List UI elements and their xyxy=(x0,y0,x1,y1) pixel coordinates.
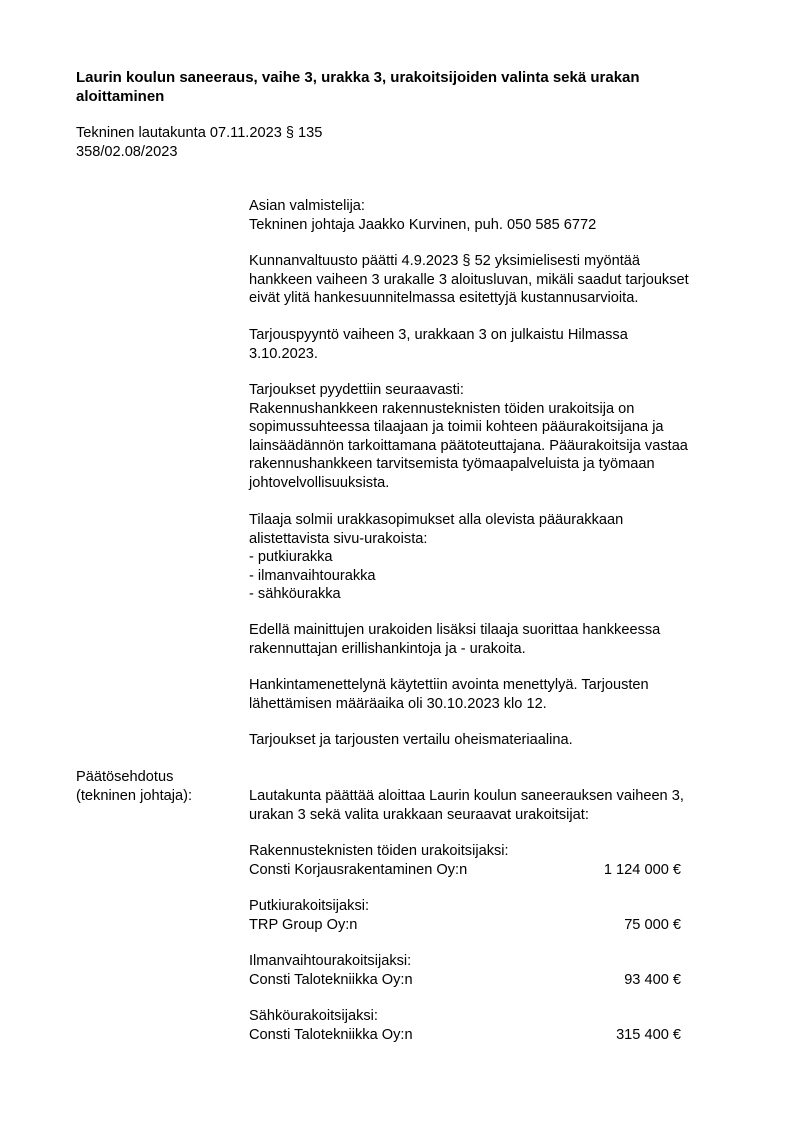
text-line: Rakennushankkeen rakennusteknisten töide… xyxy=(249,400,739,419)
text-line: Lautakunta päättää aloittaa Laurin koulu… xyxy=(249,787,739,806)
contractor-role: Putkiurakoitsijaksi: xyxy=(249,897,739,916)
paragraph-tender-scope: Tarjoukset pyydettiin seuraavasti: Raken… xyxy=(249,381,739,492)
contractor-amount: 93 400 € xyxy=(624,971,681,990)
text-line: Edellä mainittujen urakoiden lisäksi til… xyxy=(249,621,739,640)
contractor-company: Consti Korjausrakentaminen Oy:n xyxy=(249,861,467,880)
text-line: Tarjoukset ja tarjousten vertailu oheism… xyxy=(249,731,739,750)
paragraph-sub-contracts: Tilaaja solmii urakkasopimukset alla ole… xyxy=(249,511,739,604)
contractor-role: Rakennusteknisten töiden urakoitsijaksi: xyxy=(249,842,739,861)
text-line: lainsäädännön tarkoittamana päätoteuttaj… xyxy=(249,437,739,456)
text-line: lähettämisen määräaika oli 30.10.2023 kl… xyxy=(249,695,739,714)
paragraph-additional-procurement: Edellä mainittujen urakoiden lisäksi til… xyxy=(249,621,739,658)
paragraph-council-decision: Kunnanvaltuusto päätti 4.9.2023 § 52 yks… xyxy=(249,252,739,308)
contractor-company: TRP Group Oy:n xyxy=(249,916,357,935)
text-line: alistettavista sivu-urakoista: xyxy=(249,530,739,549)
meeting-meta: Tekninen lautakunta 07.11.2023 § 135 358… xyxy=(76,124,322,162)
proposal-label-line1: Päätösehdotus xyxy=(76,768,192,787)
contractor-row: TRP Group Oy:n 75 000 € xyxy=(249,916,681,935)
text-line: Tarjoukset pyydettiin seuraavasti: xyxy=(249,381,739,400)
contractor-block: Rakennusteknisten töiden urakoitsijaksi:… xyxy=(249,842,739,879)
paragraph-tender-request: Tarjouspyyntö vaiheen 3, urakkaan 3 on j… xyxy=(249,326,739,363)
list-item: - ilmanvaihtourakka xyxy=(249,567,739,586)
contractor-role: Ilmanvaihtourakoitsijaksi: xyxy=(249,952,739,971)
preparer-label: Asian valmistelija: xyxy=(249,197,739,216)
proposal-label: Päätösehdotus (tekninen johtaja): xyxy=(76,768,192,805)
proposal-label-line2: (tekninen johtaja): xyxy=(76,787,192,806)
contractor-company: Consti Talotekniikka Oy:n xyxy=(249,1026,413,1045)
text-line: Kunnanvaltuusto päätti 4.9.2023 § 52 yks… xyxy=(249,252,739,271)
contractor-block: Ilmanvaihtourakoitsijaksi: Consti Talote… xyxy=(249,952,739,989)
contractor-row: Consti Talotekniikka Oy:n 93 400 € xyxy=(249,971,681,990)
contractor-role: Sähköurakoitsijaksi: xyxy=(249,1007,739,1026)
proposal-intro: Lautakunta päättää aloittaa Laurin koulu… xyxy=(249,787,739,824)
contractor-row: Consti Korjausrakentaminen Oy:n 1 124 00… xyxy=(249,861,681,880)
preparer-name: Tekninen johtaja Jaakko Kurvinen, puh. 0… xyxy=(249,216,739,235)
text-line: Hankintamenettelynä käytettiin avointa m… xyxy=(249,676,739,695)
paragraph-procedure: Hankintamenettelynä käytettiin avointa m… xyxy=(249,676,739,713)
text-line: urakan 3 sekä valita urakkaan seuraavat … xyxy=(249,806,739,825)
preparer-block: Asian valmistelija: Tekninen johtaja Jaa… xyxy=(249,197,739,234)
text-line: johtovelvollisuuksista. xyxy=(249,474,739,493)
text-line: eivät ylitä hankesuunnitelmassa esitetty… xyxy=(249,289,739,308)
contractor-block: Putkiurakoitsijaksi: TRP Group Oy:n 75 0… xyxy=(249,897,739,934)
contractor-block: Sähköurakoitsijaksi: Consti Talotekniikk… xyxy=(249,1007,739,1044)
text-line: 3.10.2023. xyxy=(249,345,739,364)
list-item: - putkiurakka xyxy=(249,548,739,567)
paragraph-attachments: Tarjoukset ja tarjousten vertailu oheism… xyxy=(249,731,739,750)
text-line: rakennushankkeen tarvitsemista työmaapal… xyxy=(249,455,739,474)
document-page: Laurin koulun saneeraus, vaihe 3, urakka… xyxy=(0,0,794,1122)
text-line: hankkeen vaiheen 3 urakalle 3 aloitusluv… xyxy=(249,271,739,290)
text-line: sopimussuhteessa tilaajaan ja toimii koh… xyxy=(249,418,739,437)
reference-number: 358/02.08/2023 xyxy=(76,143,322,162)
text-line: rakennuttajan erillishankintoja ja - ura… xyxy=(249,640,739,659)
text-line: Tarjouspyyntö vaiheen 3, urakkaan 3 on j… xyxy=(249,326,739,345)
contractor-amount: 1 124 000 € xyxy=(604,861,681,880)
document-title: Laurin koulun saneeraus, vaihe 3, urakka… xyxy=(76,68,716,106)
text-line: Tilaaja solmii urakkasopimukset alla ole… xyxy=(249,511,739,530)
contractor-company: Consti Talotekniikka Oy:n xyxy=(249,971,413,990)
board-and-section: Tekninen lautakunta 07.11.2023 § 135 xyxy=(76,124,322,143)
contractor-amount: 315 400 € xyxy=(616,1026,681,1045)
list-item: - sähköurakka xyxy=(249,585,739,604)
contractor-amount: 75 000 € xyxy=(624,916,681,935)
contractor-row: Consti Talotekniikka Oy:n 315 400 € xyxy=(249,1026,681,1045)
